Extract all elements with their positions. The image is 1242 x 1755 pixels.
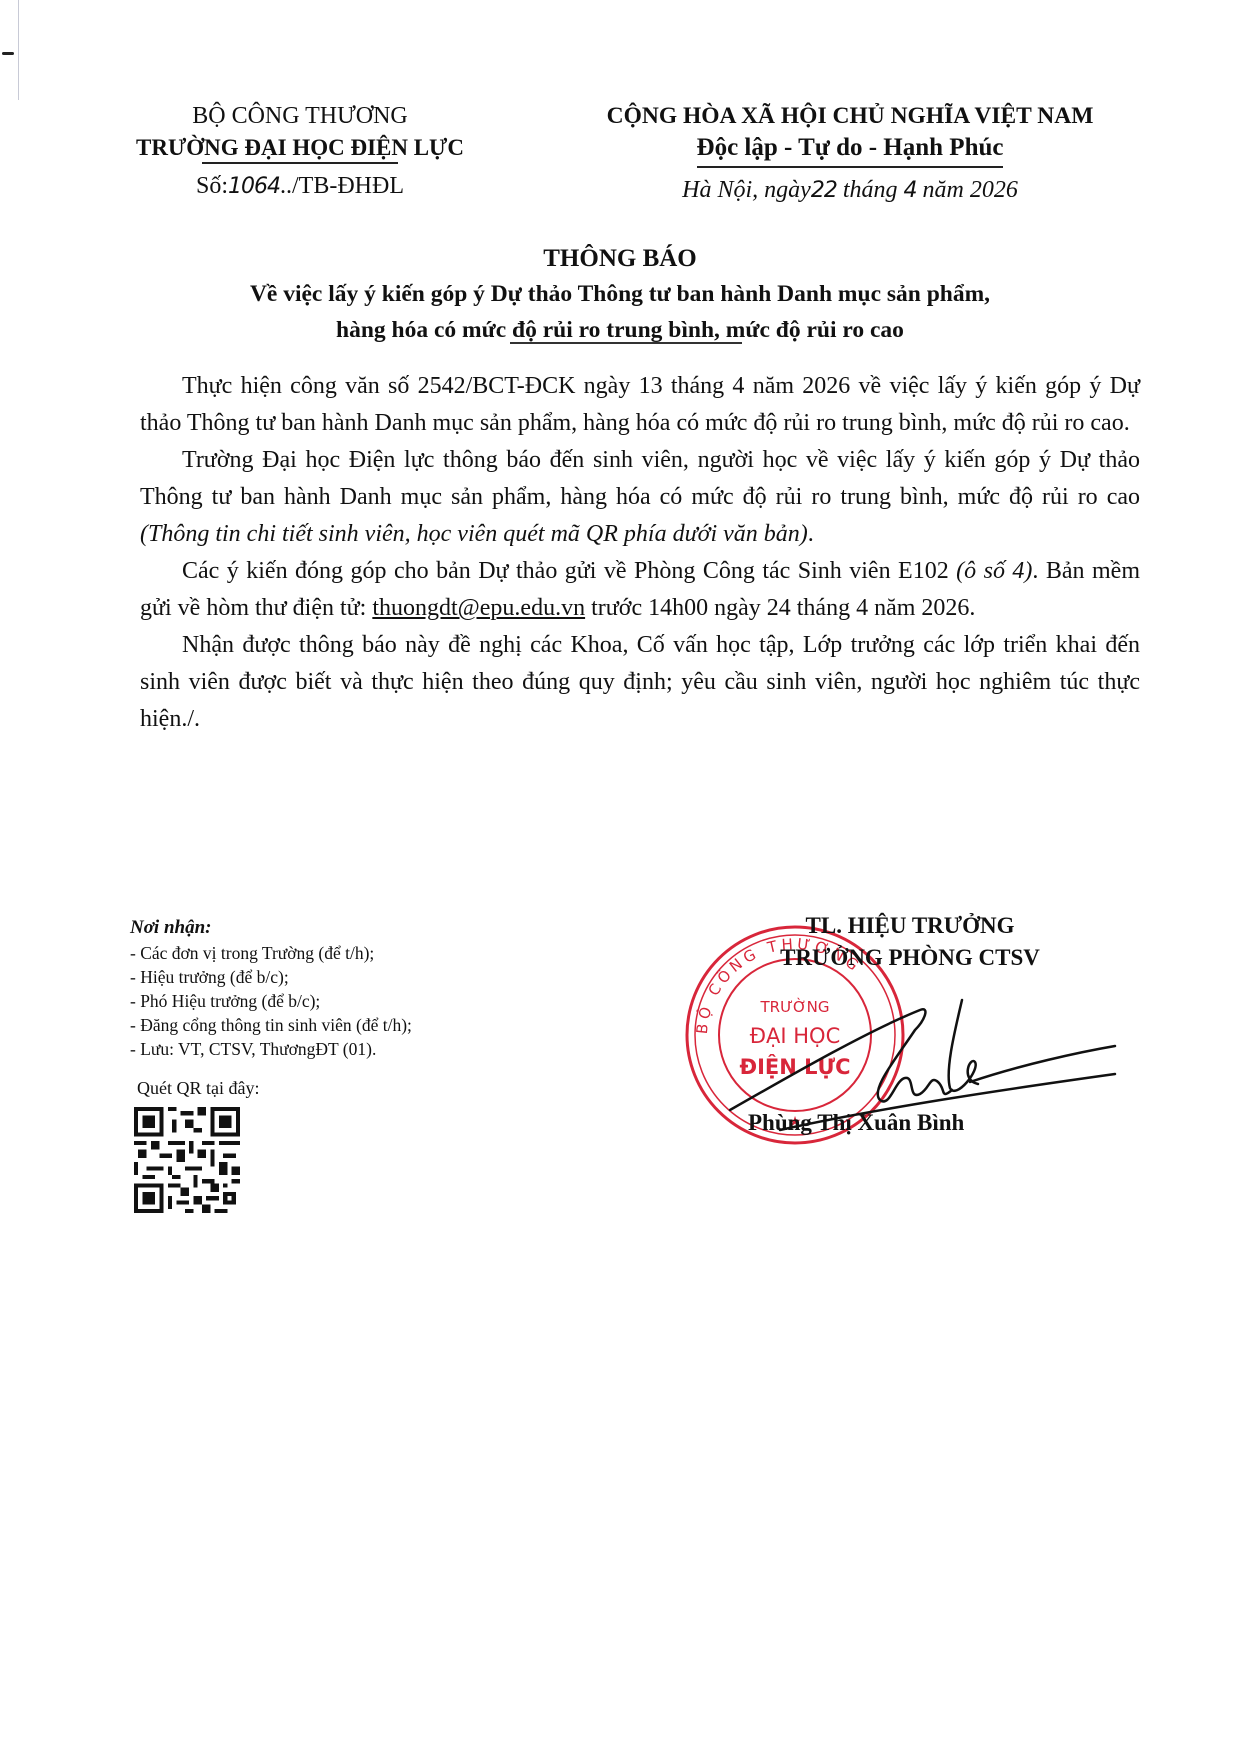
national-header: CỘNG HÒA XÃ HỘI CHỦ NGHĨA VIỆT NAM Độc l… [530, 100, 1170, 211]
issuer-header: BỘ CÔNG THƯƠNG TRƯỜNG ĐẠI HỌC ĐIỆN LỰC S… [110, 100, 490, 207]
national-motto: Độc lập - Tự do - Hạnh Phúc [697, 132, 1004, 168]
qr-code-icon[interactable] [134, 1106, 240, 1214]
university-name: TRƯỜNG ĐẠI HỌC ĐIỆN LỰC [110, 132, 490, 164]
paragraph-3: Các ý kiến đóng góp cho bản Dự thảo gửi … [140, 553, 1140, 627]
title-underline [510, 342, 742, 344]
recipient-item: - Các đơn vị trong Trường (để t/h); [130, 941, 530, 965]
recipients-label: Nơi nhận: [130, 915, 530, 941]
title-heading: THÔNG BÁO [130, 242, 1110, 276]
signer-position: TRƯỞNG PHÒNG CTSV [730, 942, 1090, 974]
qr-label: Quét QR tại đây: [137, 1078, 259, 1099]
scan-mark [2, 52, 14, 55]
on-behalf-title: TL. HIỆU TRƯỞNG [730, 910, 1090, 942]
document-number: Số:1064../TB-ĐHĐL [110, 166, 490, 207]
recipient-item: - Đăng cổng thông tin sinh viên (để t/h)… [130, 1013, 530, 1037]
paragraph-1: Thực hiện công văn số 2542/BCT-ĐCK ngày … [140, 368, 1140, 442]
document-date: Hà Nội, ngày22 tháng 4 năm 2026 [530, 170, 1170, 211]
recipients-list: Nơi nhận: - Các đơn vị trong Trường (để … [130, 915, 530, 1061]
signature-block: TL. HIỆU TRƯỞNG TRƯỞNG PHÒNG CTSV [730, 910, 1090, 974]
title-subject-line-1: Về việc lấy ý kiến góp ý Dự thảo Thông t… [130, 276, 1110, 312]
recipient-item: - Hiệu trưởng (để b/c); [130, 965, 530, 989]
handwritten-number: 1064 [228, 174, 280, 199]
document-title: THÔNG BÁO Về việc lấy ý kiến góp ý Dự th… [130, 242, 1110, 348]
paragraph-4: Nhận được thông báo này đề nghị các Khoa… [140, 627, 1140, 738]
handwritten-day: 22 [811, 178, 837, 203]
handwritten-month: 4 [904, 178, 917, 203]
signer-name: Phùng Thị Xuân Bình [748, 1110, 964, 1136]
country-name: CỘNG HÒA XÃ HỘI CHỦ NGHĨA VIỆT NAM [530, 100, 1170, 132]
document-body: Thực hiện công văn số 2542/BCT-ĐCK ngày … [140, 368, 1140, 738]
ministry-name: BỘ CÔNG THƯƠNG [110, 100, 490, 132]
scan-edge-line [18, 0, 19, 100]
recipient-item: - Phó Hiệu trưởng (để b/c); [130, 989, 530, 1013]
paragraph-2: Trường Đại học Điện lực thông báo đến si… [140, 442, 1140, 553]
email-link[interactable]: thuongdt@epu.edu.vn [372, 595, 585, 621]
recipient-item: - Lưu: VT, CTSV, ThươngĐT (01). [130, 1037, 530, 1061]
